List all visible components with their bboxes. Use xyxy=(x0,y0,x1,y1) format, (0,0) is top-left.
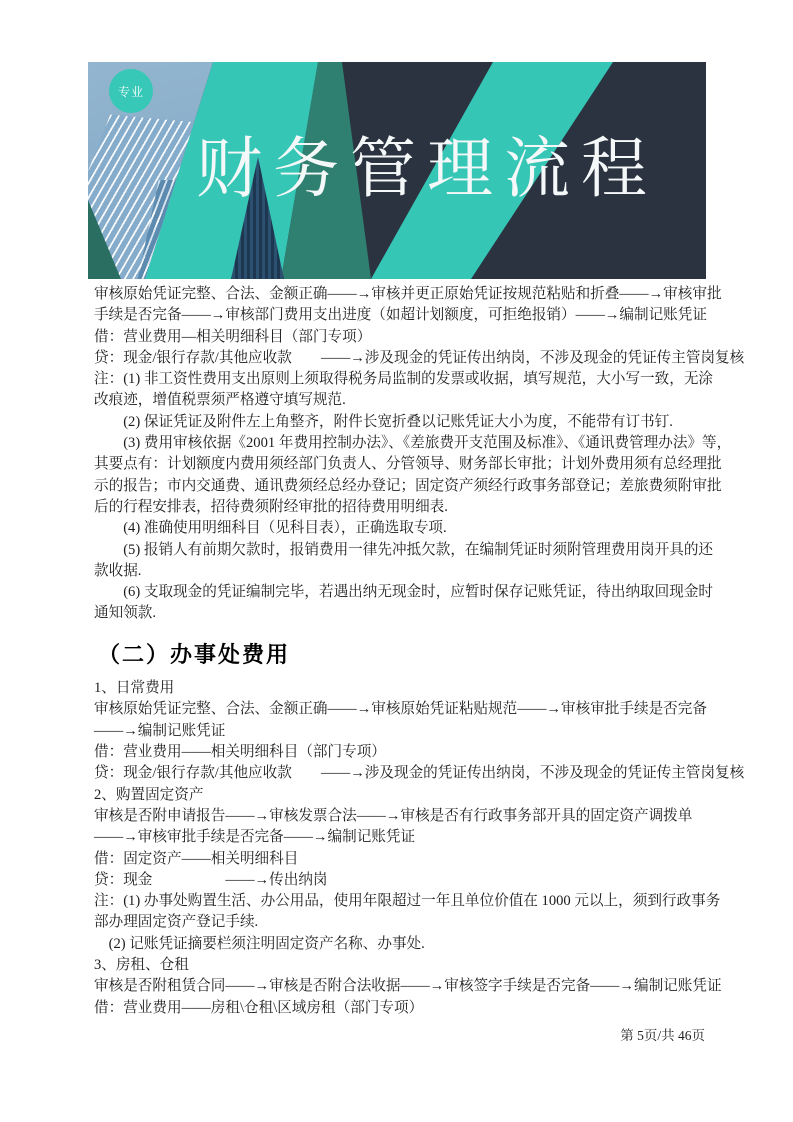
text-line: 审核原始凭证完整、合法、金额正确——→审核原始凭证粘贴规范——→审核审批手续是否… xyxy=(94,699,710,720)
text-line: (4) 准确使用明细科目（见科目表），正确选取专项. xyxy=(94,518,710,539)
text-line: 后的行程安排表，招待费须附经审批的招待费用明细表. xyxy=(94,497,710,518)
text-line: (2) 记账凭证摘要栏须注明固定资产名称、办事处. xyxy=(94,934,710,955)
text-line: 借：营业费用——房租\仓租\区域房租（部门专项） xyxy=(94,998,710,1019)
text-line: 审核是否附租赁合同——→审核是否附合法收据——→审核签字手续是否完备——→编制记… xyxy=(94,976,710,997)
text-line: (6) 支取现金的凭证编制完毕，若遇出纳无现金时，应暂时保存记账凭证，待出纳取回… xyxy=(94,582,710,603)
text-line: 借：营业费用——相关明细科目（部门专项） xyxy=(94,742,710,763)
pro-badge: 专业 xyxy=(109,69,153,113)
text-line: (2) 保证凭证及附件左上角整齐，附件长宽折叠以记账凭证大小为度，不能带有订书钉… xyxy=(94,412,710,433)
text-line: 2、购置固定资产 xyxy=(94,785,710,806)
text-line: 贷：现金/银行存款/其他应收款 ——→涉及现金的凭证传出纳岗，不涉及现金的凭证传… xyxy=(94,348,710,369)
text-line: 部办理固定资产登记手续. xyxy=(94,912,710,933)
text-line: 1、日常费用 xyxy=(94,678,710,699)
document-page: 专业 财务管理流程 审核原始凭证完整、合法、金额正确——→审核并更正原始凭证按规… xyxy=(0,0,793,1122)
text-line: 贷：现金 ——→传出纳岗 xyxy=(94,870,710,891)
text-line: 示的报告；市内交通费、通讯费须经总经办登记；固定资产须经行政事务部登记；差旅费须… xyxy=(94,476,710,497)
text-line: ——→编制记账凭证 xyxy=(94,721,710,742)
text-line: 改痕迹，增值税票须严格遵守填写规范. xyxy=(94,390,710,411)
text-line: 手续是否完备——→审核部门费用支出进度（如超计划额度，可拒绝报销）——→编制记账… xyxy=(94,305,710,326)
text-line: 审核原始凭证完整、合法、金额正确——→审核并更正原始凭证按规范粘贴和折叠——→审… xyxy=(94,284,710,305)
text-line: 借：营业费用—相关明细科目（部门专项） xyxy=(94,327,710,348)
text-line: 3、房租、仓租 xyxy=(94,955,710,976)
text-line: ——→审核审批手续是否完备——→编制记账凭证 xyxy=(94,827,710,848)
text-line: 贷：现金/银行存款/其他应收款 ——→涉及现金的凭证传出纳岗，不涉及现金的凭证传… xyxy=(94,763,710,784)
pro-badge-label: 专业 xyxy=(118,83,144,100)
text-line: 其要点有：计划额度内费用须经部门负责人、分管领导、财务部长审批；计划外费用须有总… xyxy=(94,454,710,475)
text-line: (5) 报销人有前期欠款时，报销费用一律先冲抵欠款，在编制凭证时须附管理费用岗开… xyxy=(94,540,710,561)
text-line: 注：(1) 办事处购置生活、办公用品，使用年限超过一年且单位价值在 1000 元… xyxy=(94,891,710,912)
continued-paragraphs: 审核原始凭证完整、合法、金额正确——→审核并更正原始凭证按规范粘贴和折叠——→审… xyxy=(94,284,710,625)
text-line: (3) 费用审核依据《2001 年费用控制办法》、《差旅费开支范围及标准》、《通… xyxy=(94,433,710,454)
text-line: 注：(1) 非工资性费用支出原则上须取得税务局监制的发票或收据，填写规范，大小写… xyxy=(94,369,710,390)
office-expense-paragraphs: 1、日常费用审核原始凭证完整、合法、金额正确——→审核原始凭证粘贴规范——→审核… xyxy=(94,678,710,1019)
document-body: 审核原始凭证完整、合法、金额正确——→审核并更正原始凭证按规范粘贴和折叠——→审… xyxy=(94,284,710,1019)
section-heading: （二）办事处费用 xyxy=(98,642,710,668)
text-line: 通知领款. xyxy=(94,603,710,624)
hero-title: 财务管理流程 xyxy=(196,135,658,201)
hero-banner: 专业 财务管理流程 xyxy=(88,62,706,279)
page-number: 第 5页/共 46页 xyxy=(620,1024,705,1044)
text-line: 款收据. xyxy=(94,561,710,582)
text-line: 审核是否附申请报告——→审核发票合法——→审核是否有行政事务部开具的固定资产调拨… xyxy=(94,806,710,827)
text-line: 借：固定资产——相关明细科目 xyxy=(94,849,710,870)
